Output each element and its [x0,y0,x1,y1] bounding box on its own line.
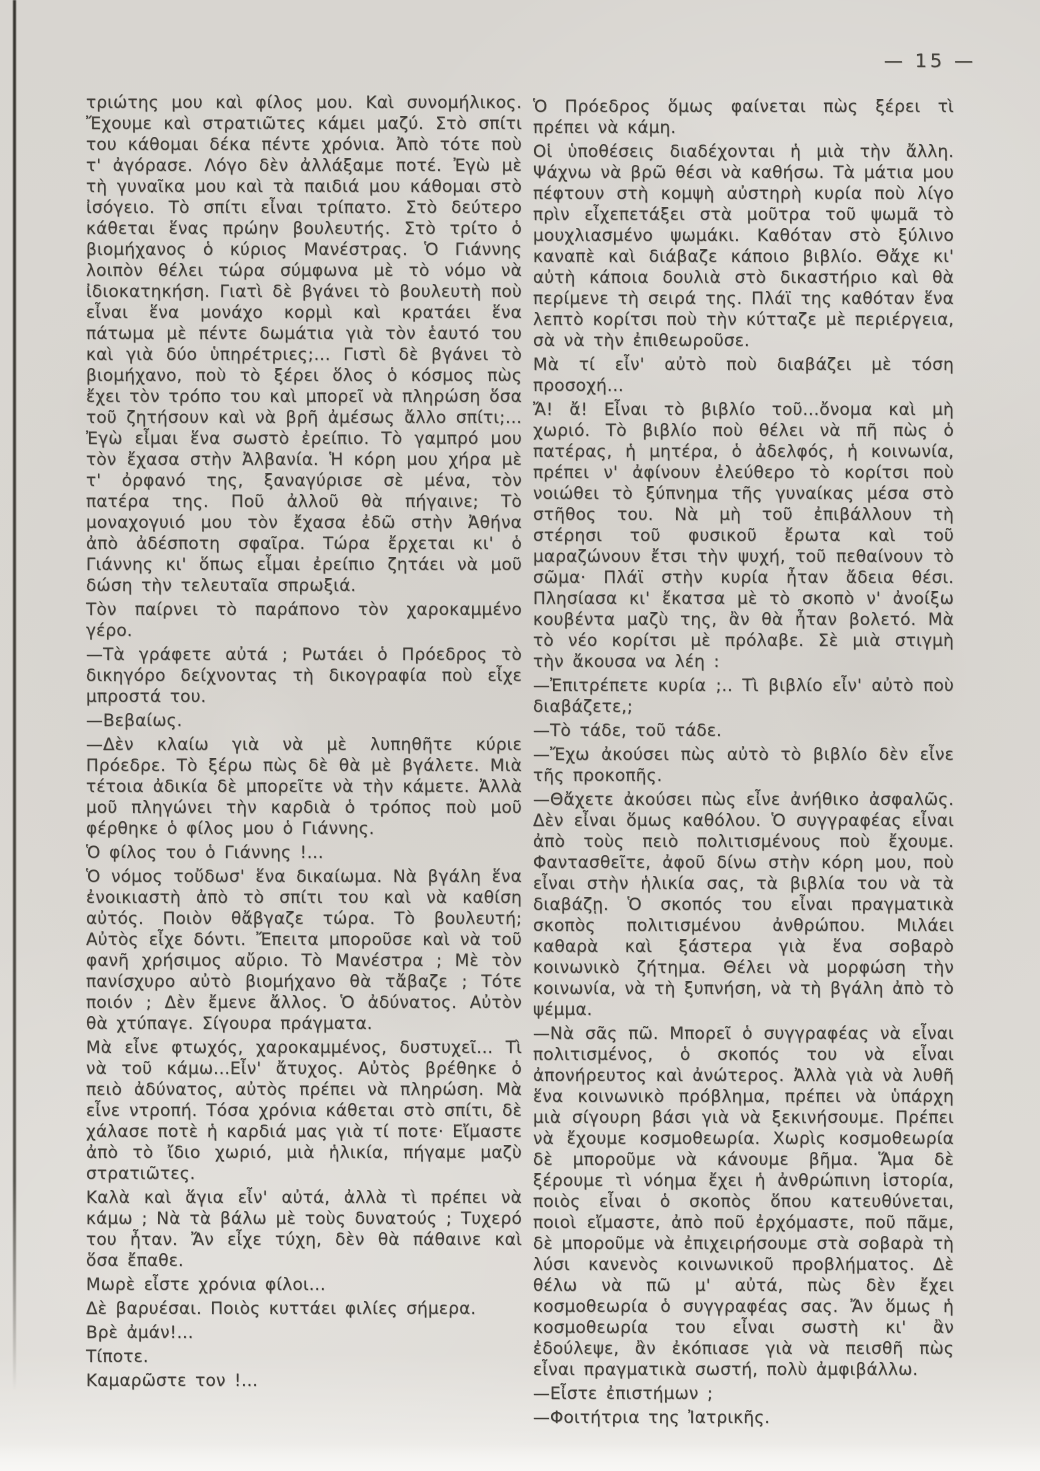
paragraph: —Νὰ σᾶς πῶ. Μπορεῖ ὁ συγγραφέας νὰ εἶναι… [533,1023,954,1380]
left-text-column: τριώτης μου καὶ φίλος μου. Καὶ συνομήλικ… [86,92,522,1394]
paragraph: Καμαρῶστε τον !... [86,1370,522,1391]
paragraph: —Φοιτήτρια της Ἰατρικῆς. [533,1407,954,1428]
paragraph: Τίποτε. [86,1346,522,1367]
paragraph: Μωρὲ εἶστε χρόνια φίλοι... [86,1274,522,1295]
paragraph: Δὲ βαρυέσαι. Ποιὸς κυττάει φιλίες σήμερα… [86,1298,522,1319]
paragraph: Οἱ ὑποθέσεις διαδέχονται ἡ μιὰ τὴν ἄλλη.… [533,141,954,351]
paragraph: —Δὲν κλαίω γιὰ νὰ μὲ λυπηθῆτε κύριε Πρόε… [86,734,522,839]
paragraph: τριώτης μου καὶ φίλος μου. Καὶ συνομήλικ… [86,92,522,596]
scanned-page: — 15 — τριώτης μου καὶ φίλος μου. Καὶ συ… [0,0,1040,1471]
right-text-column: Ὁ Πρόεδρος ὅμως φαίνεται πὼς ξέρει τὶ πρ… [533,96,954,1431]
paragraph: —Τὸ τάδε, τοῦ τάδε. [533,720,954,741]
paragraph: —Εἶστε ἐπιστήμων ; [533,1383,954,1404]
scan-bottom-edge [0,1444,1040,1471]
paragraph: Ὁ Πρόεδρος ὅμως φαίνεται πὼς ξέρει τὶ πρ… [533,96,954,138]
paragraph: Μὰ τί εἶν' αὐτὸ ποὺ διαβάζει μὲ τόση προ… [533,354,954,396]
paragraph: —Τὰ γράφετε αὐτά ; Ρωτάει ὁ Πρόεδρος τὸ … [86,644,522,707]
paragraph: Βρὲ ἀμάν!... [86,1322,522,1343]
paragraph: —Θἄχετε ἀκούσει πὼς εἶνε ἀνήθικο ἀσφαλῶς… [533,789,954,1020]
paragraph: Καλὰ καὶ ἅγια εἶν' αὐτά, ἀλλὰ τὶ πρέπει … [86,1187,522,1271]
scan-edge-line [13,0,16,1390]
paragraph: Ὁ νόμος τοὔδωσ' ἕνα δικαίωμα. Νὰ βγάλη ἕ… [86,866,522,1034]
paragraph: Ἄ! ἄ! Εἶναι τὸ βιβλίο τοῦ...ὄνομα καὶ μὴ… [533,399,954,672]
paragraph: Μὰ εἶνε φτωχός, χαροκαμμένος, δυστυχεῖ..… [86,1037,522,1184]
paragraph: Ὁ φίλος του ὁ Γιάννης !... [86,842,522,863]
page-number: — 15 — [840,50,1020,72]
paragraph: —Ἔχω ἀκούσει πὼς αὐτὸ τὸ βιβλίο δὲν εἶνε… [533,744,954,786]
paragraph: Τὸν παίρνει τὸ παράπονο τὸν χαροκαμμένο … [86,599,522,641]
paragraph: —Ἐπιτρέπετε κυρία ;.. Τὶ βιβλίο εἶν' αὐτ… [533,675,954,717]
paragraph: —Βεβαίως. [86,710,522,731]
